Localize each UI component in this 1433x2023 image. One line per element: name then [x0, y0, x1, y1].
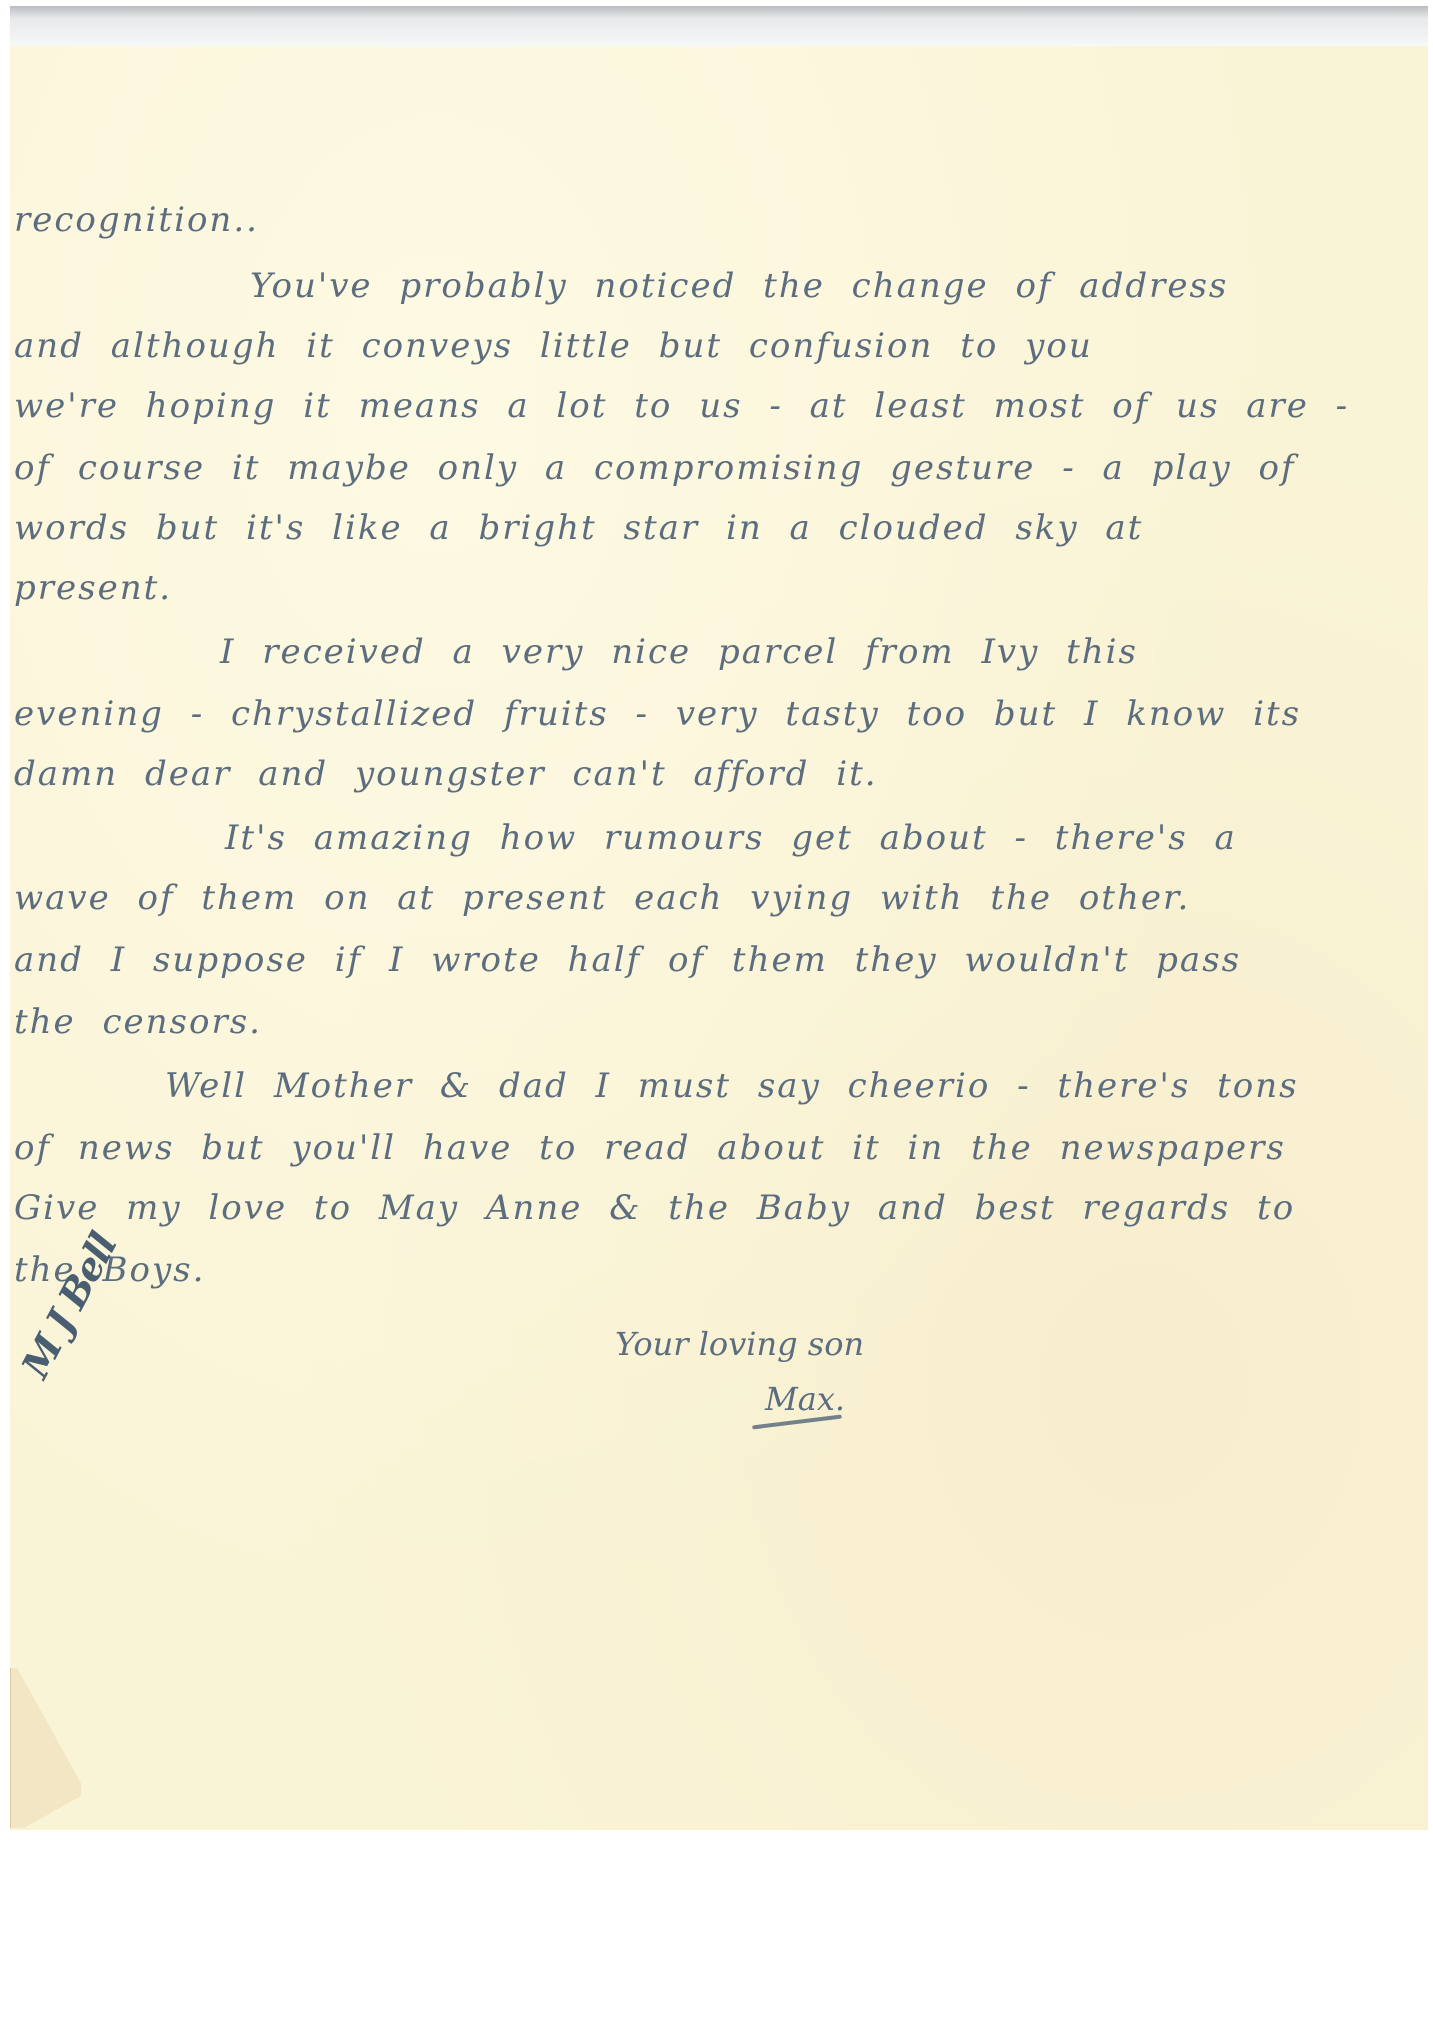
letter-line-7: present.	[14, 568, 172, 608]
letter-page	[10, 46, 1428, 1830]
letter-line-13: and I suppose if I wrote half of them th…	[14, 940, 1241, 980]
letter-line-5: of course it maybe only a compromising g…	[14, 448, 1296, 488]
letter-line-8: I received a very nice parcel from Ivy t…	[220, 632, 1138, 672]
letter-line-1: recognition..	[14, 200, 259, 240]
letter-line-12: wave of them on at present each vying wi…	[14, 878, 1190, 918]
letter-line-10: damn dear and youngster can't afford it.	[14, 754, 878, 794]
letter-line-11: It's amazing how rumours get about - the…	[225, 818, 1237, 858]
ruled-lines	[10, 46, 1428, 1830]
letter-line-6: words but it's like a bright star in a c…	[14, 508, 1143, 548]
letter-line-2: You've probably noticed the change of ad…	[250, 266, 1228, 306]
letter-line-9: evening - chrystallized fruits - very ta…	[14, 694, 1301, 734]
letter-line-16: of news but you'll have to read about it…	[14, 1128, 1286, 1168]
closing-salutation: Your loving son	[615, 1325, 864, 1363]
scanner-edge-shadow	[10, 6, 1428, 46]
letter-line-3: and although it conveys little but confu…	[14, 326, 1093, 366]
letter-line-14: the censors.	[14, 1002, 262, 1042]
letter-line-4: we're hoping it means a lot to us - at l…	[14, 386, 1349, 426]
letter-line-17: Give my love to May Anne & the Baby and …	[14, 1188, 1295, 1228]
letter-line-15: Well Mother & dad I must say cheerio - t…	[165, 1066, 1299, 1106]
signature: Max.	[765, 1380, 845, 1418]
